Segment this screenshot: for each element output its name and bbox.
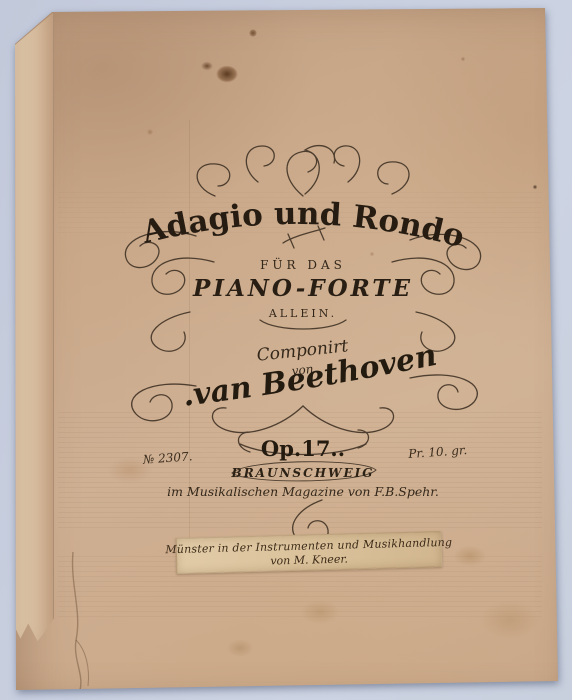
dealer-label-line2: von M. Kneer. [270,552,348,567]
dealer-label: Münster in der Instrumenten und Musikhan… [176,531,443,574]
publisher-text: im Musikalischen Magazine von F.B.Spehr. [167,484,439,499]
title-text: Adagio und Rondo [138,196,469,255]
piano-forte-text: PIANO-FORTE [192,275,413,302]
photo-backdrop: Adagio und Rondo FÜR DAS PIANO-FORTE ALL… [0,0,572,700]
allein-text: ALLEIN. [268,307,337,320]
fur-das-text: FÜR DAS [260,256,346,272]
city-text: BRAUNSCHWEIG [231,466,375,480]
engraved-title-art: Adagio und Rondo FÜR DAS PIANO-FORTE ALL… [0,0,572,700]
plate-number-text: № 2307. [142,449,193,466]
score-cover-paper: Adagio und Rondo FÜR DAS PIANO-FORTE ALL… [0,0,572,700]
price-text: Pr. 10. gr. [407,443,468,461]
score-cover: Adagio und Rondo FÜR DAS PIANO-FORTE ALL… [0,0,572,700]
opus-text: Op.17.. [261,436,345,461]
crease-line [73,552,89,690]
